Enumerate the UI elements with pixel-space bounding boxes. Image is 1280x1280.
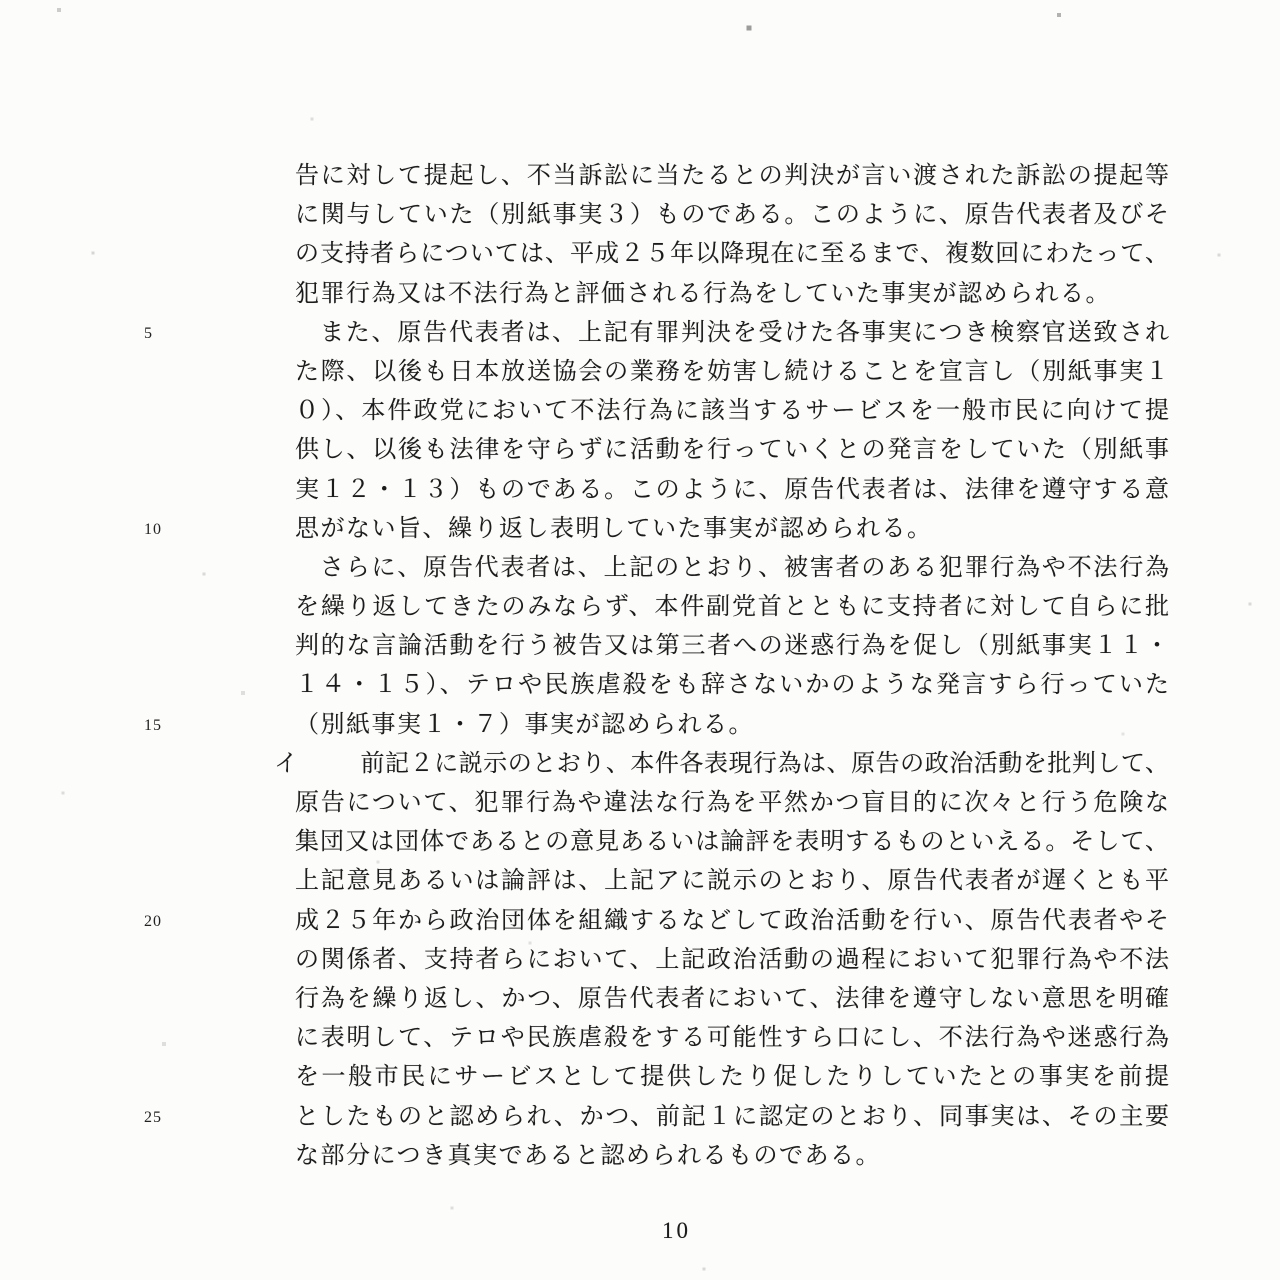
text-line-content: の関係者、支持者らにおいて、上記政治活動の過程において犯罪行為や不法 [295, 941, 1169, 980]
text-line: 集団又は団体であるとの意見あるいは論評を表明するものといえる。そして、 [0, 823, 1280, 862]
text-line-content: また、原告代表者は、上記有罪判決を受けた各事実につき検察官送致され [295, 314, 1169, 353]
text-line: を一般市民にサービスとして提供したり促したりしていたとの事実を前提 [0, 1058, 1280, 1097]
margin-line-number: 25 [144, 1098, 162, 1137]
text-line-content: 判的な言論活動を行う被告又は第三者への迷惑行為を促し（別紙事実１１・ [295, 627, 1169, 666]
paragraph-marker-i: イ [274, 745, 360, 784]
margin-line-number: 10 [144, 510, 162, 549]
text-line: な部分につき真実であると認められるものである。 [0, 1137, 1280, 1176]
text-line-content: の支持者らについては、平成２５年以降現在に至るまで、複数回にわたって、 [295, 235, 1169, 274]
text-line: に表明して、テロや民族虐殺をする可能性すら口にし、不法行為や迷惑行為 [0, 1019, 1280, 1058]
text-line-content: さらに、原告代表者は、上記のとおり、被害者のある犯罪行為や不法行為 [295, 549, 1169, 588]
text-line: の関係者、支持者らにおいて、上記政治活動の過程において犯罪行為や不法 [0, 941, 1280, 980]
text-line: 原告について、犯罪行為や違法な行為を平然かつ盲目的に次々と行う危険な [0, 784, 1280, 823]
text-line: 15 （別紙事実１・７）事実が認められる。 [0, 706, 1280, 745]
text-line: 判的な言論活動を行う被告又は第三者への迷惑行為を促し（別紙事実１１・ [0, 627, 1280, 666]
text-line: 犯罪行為又は不法行為と評価される行為をしていた事実が認められる。 [0, 275, 1280, 314]
text-line-content: イ前記２に説示のとおり、本件各表現行為は、原告の政治活動を批判して、 [274, 745, 1169, 784]
text-line: 行為を繰り返し、かつ、原告代表者において、法律を遵守しない意思を明確 [0, 980, 1280, 1019]
text-line: に関与していた（別紙事実３）ものである。このように、原告代表者及びそ [0, 196, 1280, 235]
margin-line-number: 20 [144, 902, 162, 941]
margin-line-number: 15 [144, 706, 162, 745]
text-line-content: 実１２・１３）ものである。このように、原告代表者は、法律を遵守する意 [295, 471, 1169, 510]
text-line: 告に対して提起し、不当訴訟に当たるとの判決が言い渡された訴訟の提起等 [0, 157, 1280, 196]
text-line: 20 成２５年から政治団体を組織するなどして政治活動を行い、原告代表者やそ [0, 902, 1280, 941]
text-line: ０）、本件政党において不法行為に該当するサービスを一般市民に向けて提 [0, 392, 1280, 431]
text-line: 25 としたものと認められ、かつ、前記１に認定のとおり、同事実は、その主要 [0, 1098, 1280, 1137]
text-line: 供し、以後も法律を守らずに活動を行っていくとの発言をしていた（別紙事 [0, 431, 1280, 470]
text-line-content: 集団又は団体であるとの意見あるいは論評を表明するものといえる。そして、 [295, 823, 1169, 862]
text-line-content: 行為を繰り返し、かつ、原告代表者において、法律を遵守しない意思を明確 [295, 980, 1169, 1019]
text-line-content: た際、以後も日本放送協会の業務を妨害し続けることを宣言し（別紙事実１ [295, 353, 1169, 392]
text-line: 5 また、原告代表者は、上記有罪判決を受けた各事実につき検察官送致され [0, 314, 1280, 353]
text-line-content: 原告について、犯罪行為や違法な行為を平然かつ盲目的に次々と行う危険な [295, 784, 1169, 823]
scanned-document-page: 告に対して提起し、不当訴訟に当たるとの判決が言い渡された訴訟の提起等 に関与して… [0, 0, 1280, 1280]
text-line-content: を一般市民にサービスとして提供したり促したりしていたとの事実を前提 [295, 1058, 1169, 1097]
text-line: た際、以後も日本放送協会の業務を妨害し続けることを宣言し（別紙事実１ [0, 353, 1280, 392]
text-line-content: 犯罪行為又は不法行為と評価される行為をしていた事実が認められる。 [295, 275, 1169, 314]
page-number: 10 [662, 1218, 691, 1244]
text-line: 上記意見あるいは論評は、上記アに説示のとおり、原告代表者が遅くとも平 [0, 862, 1280, 901]
text-line-content: １４・１５）、テロや民族虐殺をも辞さないかのような発言すら行っていた [295, 666, 1169, 705]
document-body: 告に対して提起し、不当訴訟に当たるとの判決が言い渡された訴訟の提起等 に関与して… [0, 157, 1280, 1176]
text-line-content: （別紙事実１・７）事実が認められる。 [295, 706, 1169, 745]
text-line-content: に表明して、テロや民族虐殺をする可能性すら口にし、不法行為や迷惑行為 [295, 1019, 1169, 1058]
text-line: を繰り返してきたのみならず、本件副党首とともに支持者に対して自らに批 [0, 588, 1280, 627]
text-line-content: 告に対して提起し、不当訴訟に当たるとの判決が言い渡された訴訟の提起等 [295, 157, 1169, 196]
text-line-content: 思がない旨、繰り返し表明していた事実が認められる。 [295, 510, 1169, 549]
text-line-content: ０）、本件政党において不法行為に該当するサービスを一般市民に向けて提 [295, 392, 1169, 431]
text-line-content: な部分につき真実であると認められるものである。 [295, 1137, 1169, 1176]
text-line: イ前記２に説示のとおり、本件各表現行為は、原告の政治活動を批判して、 [0, 745, 1280, 784]
text-line-content: 成２５年から政治団体を組織するなどして政治活動を行い、原告代表者やそ [295, 902, 1169, 941]
text-line: 10 思がない旨、繰り返し表明していた事実が認められる。 [0, 510, 1280, 549]
text-line-content: 供し、以後も法律を守らずに活動を行っていくとの発言をしていた（別紙事 [295, 431, 1169, 470]
text-line: 実１２・１３）ものである。このように、原告代表者は、法律を遵守する意 [0, 471, 1280, 510]
scan-noise [0, 0, 2, 2]
text-line-content: 上記意見あるいは論評は、上記アに説示のとおり、原告代表者が遅くとも平 [295, 862, 1169, 901]
text-line: １４・１５）、テロや民族虐殺をも辞さないかのような発言すら行っていた [0, 666, 1280, 705]
text-line-content: 前記２に説示のとおり、本件各表現行為は、原告の政治活動を批判して、 [360, 751, 1169, 777]
text-line-content: としたものと認められ、かつ、前記１に認定のとおり、同事実は、その主要 [295, 1098, 1169, 1137]
text-line-content: を繰り返してきたのみならず、本件副党首とともに支持者に対して自らに批 [295, 588, 1169, 627]
margin-line-number: 5 [144, 314, 153, 353]
text-line-content: に関与していた（別紙事実３）ものである。このように、原告代表者及びそ [295, 196, 1169, 235]
text-line: の支持者らについては、平成２５年以降現在に至るまで、複数回にわたって、 [0, 235, 1280, 274]
text-line: さらに、原告代表者は、上記のとおり、被害者のある犯罪行為や不法行為 [0, 549, 1280, 588]
